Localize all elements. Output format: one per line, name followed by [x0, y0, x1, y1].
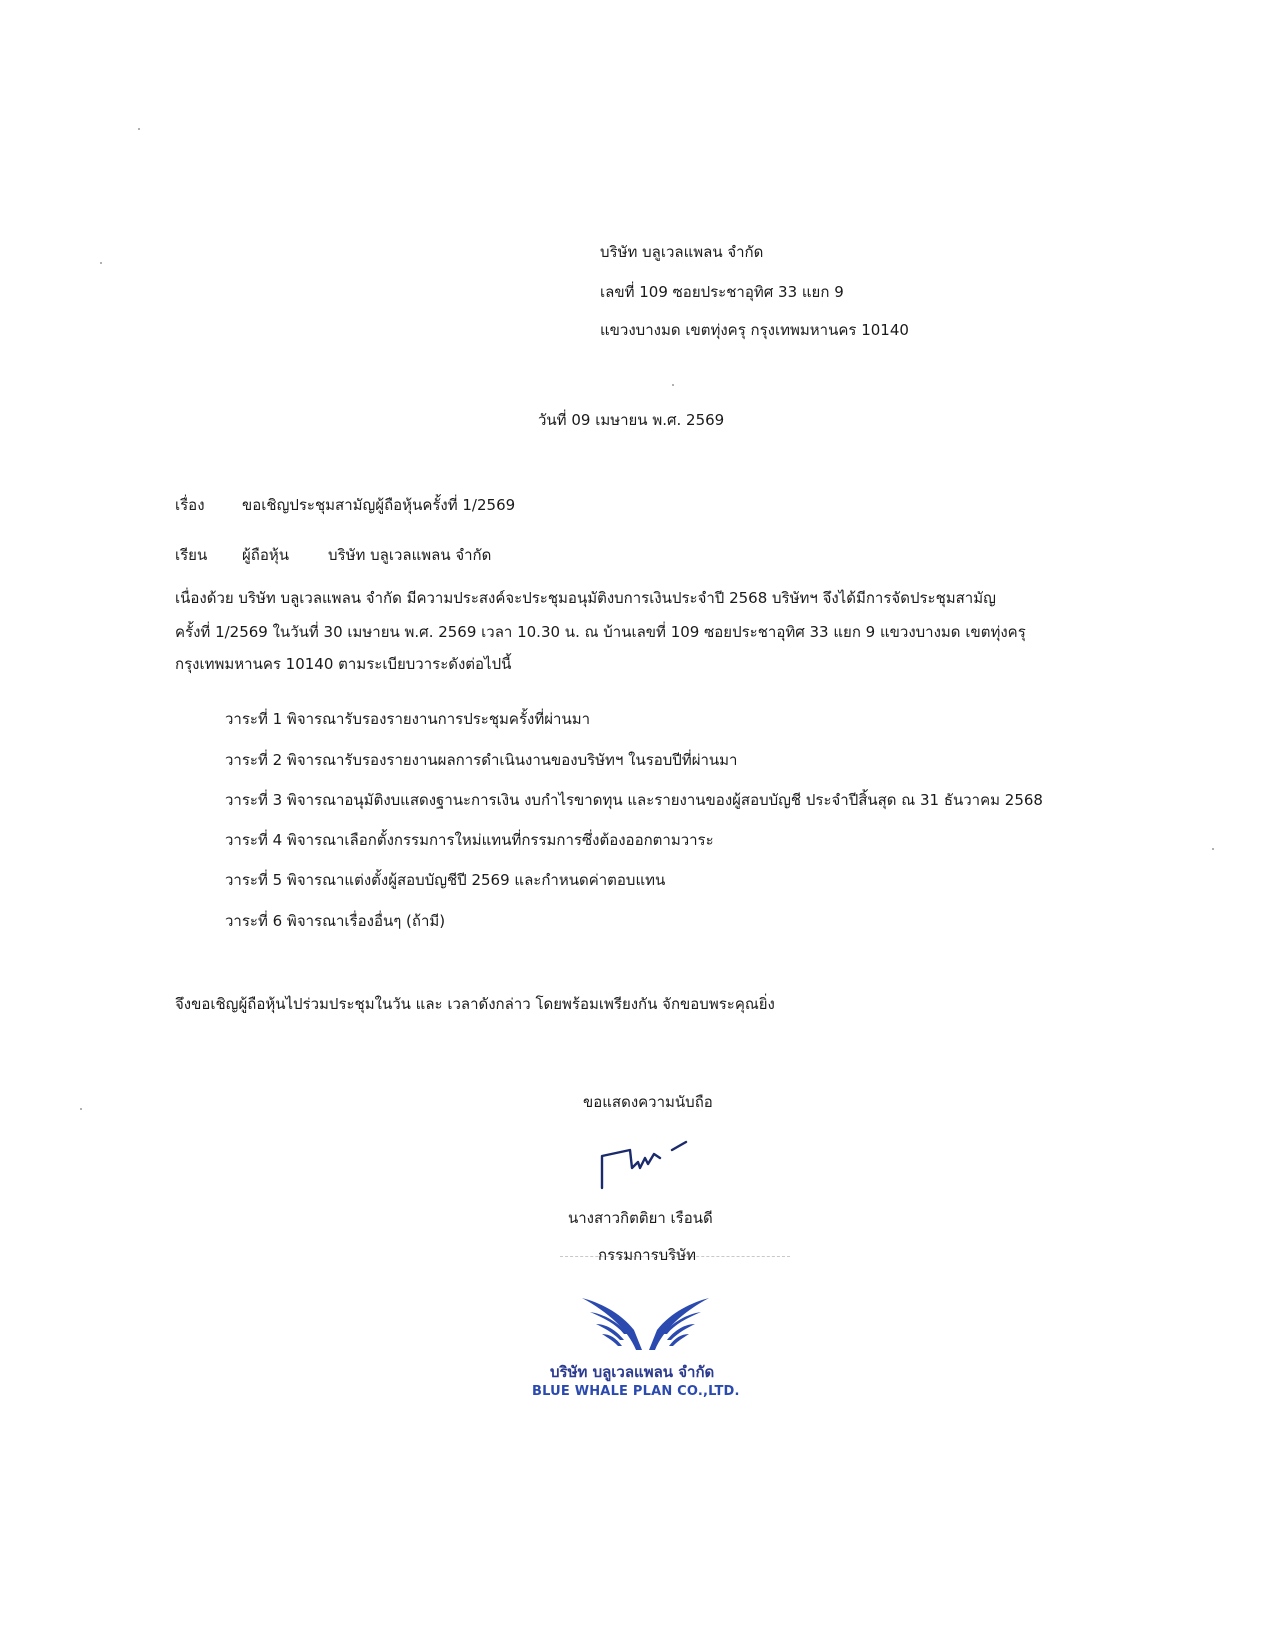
agenda-item: วาระที่ 5 พิจารณาแต่งตั้งผู้สอบบัญชีปี 2…	[225, 870, 665, 890]
agenda-item: วาระที่ 1 พิจารณารับรองรายงานการประชุมคร…	[225, 709, 590, 729]
signatory-name: นางสาวกิตติยา เรือนดี	[568, 1208, 713, 1228]
scan-speck	[80, 1108, 82, 1110]
body-line-1: เนื่องด้วย บริษัท บลูเวลแพลน จำกัด มีควา…	[175, 588, 996, 608]
recipient-to: ผู้ถือหุ้น	[242, 545, 289, 565]
recipient-label: เรียน	[175, 545, 207, 565]
whale-wings-logo-icon	[578, 1290, 713, 1360]
scan-speck	[138, 128, 140, 130]
recipient-company: บริษัท บลูเวลแพลน จำกัด	[328, 545, 491, 565]
letter-date: วันที่ 09 เมษายน พ.ศ. 2569	[538, 410, 724, 430]
subject-text: ขอเชิญประชุมสามัญผู้ถือหุ้นครั้งที่ 1/25…	[242, 495, 515, 515]
subject-label: เรื่อง	[175, 495, 205, 515]
closing-sentence: จึงขอเชิญผู้ถือหุ้นไปร่วมประชุมในวัน และ…	[175, 994, 775, 1014]
scan-speck	[1212, 848, 1214, 850]
agenda-item: วาระที่ 6 พิจารณาเรื่องอื่นๆ (ถ้ามี)	[225, 911, 445, 931]
signatory-position: กรรมการบริษัท	[598, 1245, 696, 1265]
logo-company-thai: บริษัท บลูเวลแพลน จำกัด	[550, 1360, 714, 1384]
sender-address-line1: เลขที่ 109 ซอยประชาอุทิศ 33 แยก 9	[600, 282, 844, 302]
body-line-2: ครั้งที่ 1/2569 ในวันที่ 30 เมษายน พ.ศ. …	[175, 622, 1026, 642]
sender-company: บริษัท บลูเวลแพลน จำกัด	[600, 242, 763, 262]
signature-icon	[590, 1136, 700, 1196]
sender-address-line2: แขวงบางมด เขตทุ่งครุ กรุงเทพมหานคร 10140	[600, 320, 909, 340]
body-line-3: กรุงเทพมหานคร 10140 ตามระเบียบวาระดังต่อ…	[175, 654, 511, 674]
agenda-item: วาระที่ 3 พิจารณาอนุมัติงบแสดงฐานะการเงิ…	[225, 790, 1043, 810]
agenda-item: วาระที่ 2 พิจารณารับรองรายงานผลการดำเนิน…	[225, 750, 737, 770]
logo-company-english: BLUE WHALE PLAN CO.,LTD.	[532, 1384, 740, 1399]
regards-text: ขอแสดงความนับถือ	[583, 1092, 713, 1112]
agenda-item: วาระที่ 4 พิจารณาเลือกตั้งกรรมการใหม่แทน…	[225, 830, 714, 850]
scan-speck	[100, 262, 102, 264]
scan-speck	[672, 384, 674, 386]
